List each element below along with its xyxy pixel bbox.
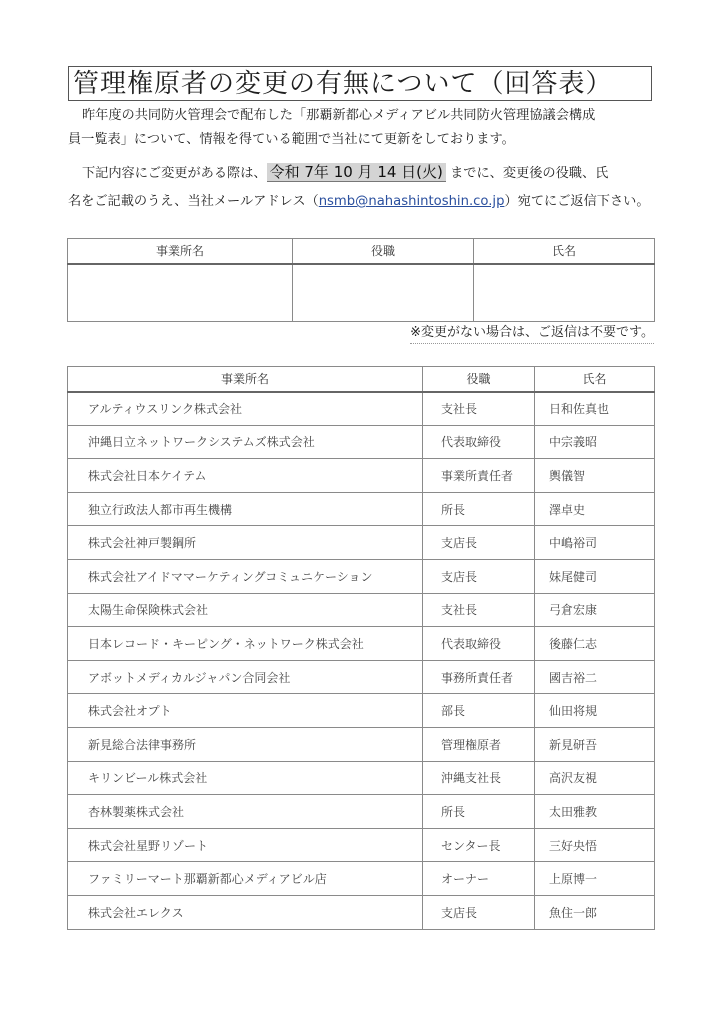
name-cell: 新見研吾 [535,727,655,761]
office-cell: 株式会社神戸製鋼所 [68,526,423,560]
table-row: 杏林製薬株式会社 所長 太田雅教 [68,795,655,829]
position-cell: 事務所責任者 [423,660,535,694]
reply-form-header-row: 事業所名 役職 氏名 [68,239,655,264]
position-cell: 支店長 [423,526,535,560]
table-row: アルティウスリンク株式会社 支社長 日和佐真也 [68,392,655,426]
table-row: 株式会社神戸製鋼所 支店長 中嶋裕司 [68,526,655,560]
office-cell: 株式会社星野リゾート [68,828,423,862]
reply-position-field[interactable] [293,264,474,322]
table-row: アボットメディカルジャパン合同会社 事務所責任者 國吉裕二 [68,660,655,694]
reply-form-table: 事業所名 役職 氏名 [67,238,655,322]
document-title: 管理権原者の変更の有無について（回答表） [73,68,612,100]
office-cell: 新見総合法律事務所 [68,727,423,761]
reply-name-field[interactable] [474,264,655,322]
reply-form-input-row [68,264,655,322]
office-cell: 株式会社アイドママーケティングコミュニケーション [68,559,423,593]
no-change-note: ※変更がない場合は、ご返信は不要です。 [410,323,654,344]
instruction-text-line-2-after: ）宛てにご返信下さい。 [504,194,649,209]
table-row: 株式会社日本ケイテム 事業所責任者 輿儀智 [68,459,655,493]
intro-paragraph-1: 昨年度の共同防火管理会で配布した「那覇新都心メディアビル共同防火管理協議会構成 … [68,104,668,152]
table-row: 日本レコード・キーピング・ネットワーク株式会社 代表取締役 後藤仁志 [68,627,655,661]
table-row: 沖縄日立ネットワークシステムズ株式会社 代表取締役 中宗義昭 [68,425,655,459]
table-row: 株式会社エレクス 支店長 魚住一郎 [68,895,655,929]
name-cell: 仙田将規 [535,694,655,728]
name-cell: 輿儀智 [535,459,655,493]
name-cell: 三好央悟 [535,828,655,862]
reply-header-position: 役職 [293,239,474,264]
table-row: キリンビール株式会社 沖縄支社長 高沢友視 [68,761,655,795]
table-row: 株式会社星野リゾート センター長 三好央悟 [68,828,655,862]
office-cell: 杏林製薬株式会社 [68,795,423,829]
intro-paragraph-1-line-2: 員一覧表」について、情報を得ている範囲で当社にて更新をしております。 [68,132,515,147]
position-cell: 沖縄支社長 [423,761,535,795]
office-cell: 株式会社日本ケイテム [68,459,423,493]
table-row: 独立行政法人都市再生機構 所長 澤卓史 [68,492,655,526]
name-cell: 太田雅教 [535,795,655,829]
office-cell: キリンビール株式会社 [68,761,423,795]
position-cell: 部長 [423,694,535,728]
deadline-date: 令和 7年 10 月 14 日(火) [267,163,446,182]
table-row: 太陽生命保険株式会社 支社長 弓倉宏康 [68,593,655,627]
name-cell: 日和佐真也 [535,392,655,426]
name-cell: 澤卓史 [535,492,655,526]
position-cell: 代表取締役 [423,627,535,661]
reply-header-office: 事業所名 [68,239,293,264]
instruction-text-before-deadline: 下記内容にご変更がある際は、 [82,166,267,181]
name-cell: 高沢友視 [535,761,655,795]
table-row: 新見総合法律事務所 管理権原者 新見研吾 [68,727,655,761]
reply-header-name: 氏名 [474,239,655,264]
instruction-text-line-2-before: 名をご記載のうえ、当社メールアドレス（ [68,194,319,209]
position-cell: 支店長 [423,559,535,593]
intro-paragraph-1-line-1: 昨年度の共同防火管理会で配布した「那覇新都心メディアビル共同防火管理協議会構成 [82,108,595,123]
position-cell: オーナー [423,862,535,896]
table-row: 株式会社アイドママーケティングコミュニケーション 支店長 妹尾健司 [68,559,655,593]
header-office: 事業所名 [68,367,423,392]
office-cell: 日本レコード・キーピング・ネットワーク株式会社 [68,627,423,661]
name-cell: 中嶋裕司 [535,526,655,560]
office-cell: 太陽生命保険株式会社 [68,593,423,627]
member-table: 事業所名 役職 氏名 アルティウスリンク株式会社 支社長 日和佐真也 沖縄日立ネ… [67,366,655,930]
instruction-text-after-deadline: までに、変更後の役職、氏 [446,166,608,181]
name-cell: 上原博一 [535,862,655,896]
position-cell: 所長 [423,492,535,526]
position-cell: センター長 [423,828,535,862]
position-cell: 支社長 [423,593,535,627]
position-cell: 事業所責任者 [423,459,535,493]
position-cell: 代表取締役 [423,425,535,459]
office-cell: 独立行政法人都市再生機構 [68,492,423,526]
table-row: 株式会社オプト 部長 仙田将規 [68,694,655,728]
name-cell: 中宗義昭 [535,425,655,459]
name-cell: 弓倉宏康 [535,593,655,627]
name-cell: 魚住一郎 [535,895,655,929]
document-title-box: 管理権原者の変更の有無について（回答表） [68,66,652,101]
name-cell: 後藤仁志 [535,627,655,661]
office-cell: 沖縄日立ネットワークシステムズ株式会社 [68,425,423,459]
position-cell: 所長 [423,795,535,829]
header-position: 役職 [423,367,535,392]
intro-paragraph-2: 下記内容にご変更がある際は、令和 7年 10 月 14 日(火) までに、変更後… [68,158,668,216]
name-cell: 國吉裕二 [535,660,655,694]
name-cell: 妹尾健司 [535,559,655,593]
reply-office-field[interactable] [68,264,293,322]
position-cell: 支店長 [423,895,535,929]
table-row: ファミリーマート那覇新都心メディアビル店 オーナー 上原博一 [68,862,655,896]
office-cell: アボットメディカルジャパン合同会社 [68,660,423,694]
position-cell: 支社長 [423,392,535,426]
office-cell: 株式会社エレクス [68,895,423,929]
office-cell: アルティウスリンク株式会社 [68,392,423,426]
position-cell: 管理権原者 [423,727,535,761]
office-cell: 株式会社オプト [68,694,423,728]
header-name: 氏名 [535,367,655,392]
email-link[interactable]: nsmb@nahashintoshin.co.jp [319,194,505,209]
member-table-header-row: 事業所名 役職 氏名 [68,367,655,392]
office-cell: ファミリーマート那覇新都心メディアビル店 [68,862,423,896]
